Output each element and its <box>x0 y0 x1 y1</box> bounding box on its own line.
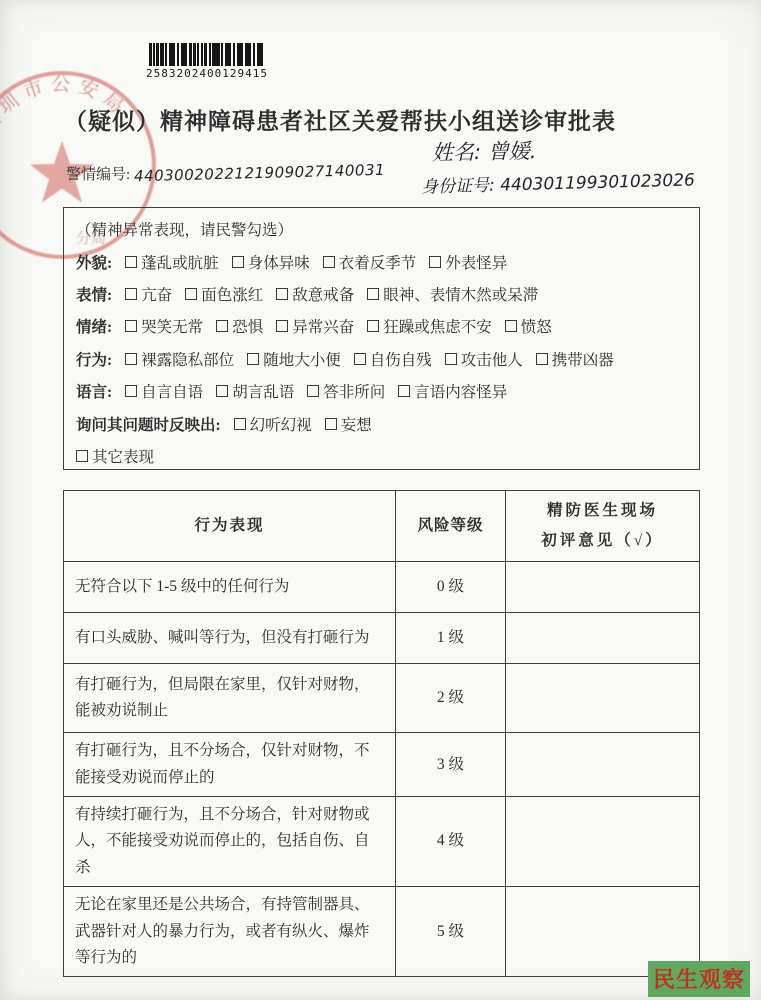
symptom-option-label: 幻听幻视 <box>250 413 312 435</box>
symptom-option: 蓬乱或肮脏 <box>125 251 219 273</box>
table-row: 无论在家里还是公共场合，有持管制器具、武器针对人的暴力行为，或者有纵火、爆炸等行… <box>64 886 699 976</box>
symptom-option: 胡言乱语 <box>216 380 294 402</box>
behavior-cell: 有打砸行为，但局限在家里，仅针对财物，能被劝说制止 <box>64 664 395 732</box>
barcode-number: 2583202400129415 <box>146 67 268 80</box>
symptom-row: 行为:裸露隐私部位随地大小便自伤自残攻击他人携带凶器 <box>76 343 687 375</box>
checkbox-icon <box>325 418 337 430</box>
assessment-cell <box>505 562 699 612</box>
symptom-rows: 外貌:蓬乱或肮脏身体异味衣着反季节外表怪异表情:亢奋面色涨红敌意戒备眼神、表情木… <box>76 245 687 472</box>
symptom-option-label: 答非所问 <box>323 380 385 402</box>
symptom-option-label: 狂躁或焦虑不安 <box>383 315 492 337</box>
symptom-option: 裸露隐私部位 <box>125 348 234 370</box>
symptom-option: 携带凶器 <box>536 348 614 370</box>
symptom-option-label: 妄想 <box>341 413 372 435</box>
checkbox-icon <box>216 320 228 332</box>
risk-table: 行为表现 风险等级 精防医生现场 初评意见（√） 无符合以下 1-5 级中的任何… <box>63 490 700 977</box>
checkbox-icon <box>125 385 137 397</box>
symptom-option-label: 哭笑无常 <box>141 315 203 337</box>
checkbox-icon <box>367 288 379 300</box>
checkbox-icon <box>307 385 319 397</box>
checkbox-icon <box>429 256 441 268</box>
symptom-option: 其它表现 <box>76 445 154 467</box>
symptom-box: （精神异常表现，请民警勾选） 外貌:蓬乱或肮脏身体异味衣着反季节外表怪异表情:亢… <box>63 207 700 470</box>
risk-level-cell: 4 级 <box>395 797 505 886</box>
symptom-note: （精神异常表现，请民警勾选） <box>76 213 687 245</box>
symptom-category-label: 表情: <box>76 283 112 305</box>
symptom-option-label: 愤怒 <box>521 315 552 337</box>
symptom-option-label: 自言自语 <box>141 380 203 402</box>
symptom-option-label: 随地大小便 <box>263 348 341 370</box>
checkbox-icon <box>125 256 137 268</box>
symptom-option-label: 携带凶器 <box>552 348 614 370</box>
behavior-cell: 无符合以下 1-5 级中的任何行为 <box>64 562 395 612</box>
symptom-option: 亢奋 <box>125 283 172 305</box>
behavior-cell: 无论在家里还是公共场合，有持管制器具、武器针对人的暴力行为，或者有纵火、爆炸等行… <box>64 887 395 976</box>
symptom-category-label: 语言: <box>76 380 112 402</box>
police-report-no-value: 4403002022121909027140031 <box>134 161 385 186</box>
checkbox-icon <box>232 256 244 268</box>
risk-level-cell: 3 级 <box>395 733 505 796</box>
symptom-option: 答非所问 <box>307 380 385 402</box>
symptom-option: 身体异味 <box>232 251 310 273</box>
assessment-cell <box>505 664 699 732</box>
behavior-cell: 有持续打砸行为，且不分场合，针对财物或人，不能接受劝说而停止的，包括自伤、自杀 <box>64 797 395 886</box>
symptom-option-label: 胡言乱语 <box>232 380 294 402</box>
checkbox-icon <box>536 353 548 365</box>
checkbox-icon <box>125 288 137 300</box>
symptom-option: 异常兴奋 <box>276 315 354 337</box>
table-row: 无符合以下 1-5 级中的任何行为0 级 <box>64 561 699 612</box>
symptom-option: 狂躁或焦虑不安 <box>367 315 492 337</box>
risk-level-cell: 1 级 <box>395 613 505 663</box>
checkbox-icon <box>276 288 288 300</box>
table-row: 有打砸行为，且不分场合，仅针对财物，不能接受劝说而停止的3 级 <box>64 732 699 796</box>
symptom-option: 外表怪异 <box>429 251 507 273</box>
symptom-option-label: 裸露隐私部位 <box>141 348 234 370</box>
assessment-header-line1: 精防医生现场 <box>547 496 658 526</box>
risk-level-header-cell: 风险等级 <box>395 491 505 561</box>
table-row: 有持续打砸行为，且不分场合，针对财物或人，不能接受劝说而停止的，包括自伤、自杀4… <box>64 796 699 886</box>
symptom-option: 幻听幻视 <box>234 413 312 435</box>
assessment-header-cell: 精防医生现场 初评意见（√） <box>505 491 699 561</box>
symptom-row: 语言:自言自语胡言乱语答非所问言语内容怪异 <box>76 375 687 407</box>
checkbox-icon <box>445 353 457 365</box>
symptom-option: 面色涨红 <box>185 283 263 305</box>
assessment-header-line2: 初评意见（√） <box>541 526 664 556</box>
assessment-cell <box>505 797 699 886</box>
checkbox-icon <box>185 288 197 300</box>
checkbox-icon <box>234 418 246 430</box>
checkbox-icon <box>354 353 366 365</box>
symptom-row: 询问其问题时反映出:幻听幻视妄想 <box>76 407 687 439</box>
table-row: 有打砸行为，但局限在家里，仅针对财物，能被劝说制止2 级 <box>64 663 699 732</box>
symptom-option-label: 亢奋 <box>141 283 172 305</box>
risk-level-cell: 5 级 <box>395 887 505 976</box>
symptom-category-label: 外貌: <box>76 251 112 273</box>
patient-name: 姓名: 曾媛. <box>432 135 537 167</box>
checkbox-icon <box>323 256 335 268</box>
id-number-label: 身份证号: <box>421 176 495 198</box>
symptom-option-label: 言语内容怪异 <box>414 380 507 402</box>
symptom-category-label: 询问其问题时反映出: <box>76 413 221 435</box>
risk-level-cell: 0 级 <box>395 562 505 612</box>
symptom-option-label: 外表怪异 <box>445 251 507 273</box>
symptom-option: 攻击他人 <box>445 348 523 370</box>
checkbox-icon <box>398 385 410 397</box>
symptom-row: 外貌:蓬乱或肮脏身体异味衣着反季节外表怪异 <box>76 245 687 277</box>
patient-name-value: 曾媛. <box>488 139 537 164</box>
symptom-option: 恐惧 <box>216 315 263 337</box>
checkbox-icon <box>76 450 88 462</box>
checkbox-icon <box>367 320 379 332</box>
form-title: （疑似）精神障碍患者社区关爱帮扶小组送诊审批表 <box>64 103 616 136</box>
scanned-form-page: 深圳市公安局 分局 2583202400129415 （疑似）精神障碍患者社区关… <box>0 0 761 1000</box>
checkbox-icon <box>276 320 288 332</box>
id-number-value: 440301199301023026 <box>500 170 695 195</box>
symptom-option-label: 身体异味 <box>248 251 310 273</box>
table-header-row: 行为表现 风险等级 精防医生现场 初评意见（√） <box>64 491 699 561</box>
symptom-option: 随地大小便 <box>247 348 341 370</box>
symptom-option-label: 蓬乱或肮脏 <box>141 251 219 273</box>
symptom-option: 哭笑无常 <box>125 315 203 337</box>
symptom-option-label: 攻击他人 <box>461 348 523 370</box>
checkbox-icon <box>247 353 259 365</box>
symptom-option-label: 其它表现 <box>92 445 154 467</box>
symptom-row: 表情:亢奋面色涨红敌意戒备眼神、表情木然或呆滞 <box>76 278 687 310</box>
symptom-row: 情绪:哭笑无常恐惧异常兴奋狂躁或焦虑不安愤怒 <box>76 310 687 342</box>
behavior-cell: 有口头威胁、喊叫等行为，但没有打砸行为 <box>64 613 395 663</box>
watermark-badge: 民生观察 <box>648 961 750 997</box>
checkbox-icon <box>125 353 137 365</box>
police-report-no: 警情编号: 4403002022121909027140031 <box>66 163 385 184</box>
symptom-row: 其它表现 <box>76 440 687 472</box>
checkbox-icon <box>505 320 517 332</box>
symptom-category-label: 情绪: <box>76 315 112 337</box>
patient-name-label: 姓名: <box>432 140 481 165</box>
symptom-option-label: 异常兴奋 <box>292 315 354 337</box>
behavior-cell: 有打砸行为，且不分场合，仅针对财物，不能接受劝说而停止的 <box>64 733 395 796</box>
symptom-option-label: 恐惧 <box>232 315 263 337</box>
barcode-bars-icon <box>149 43 265 66</box>
barcode: 2583202400129415 <box>146 43 268 80</box>
risk-level-header-label: 风险等级 <box>417 513 483 539</box>
symptom-option-label: 衣着反季节 <box>339 251 417 273</box>
symptom-option-label: 敌意戒备 <box>292 283 354 305</box>
symptom-option: 衣着反季节 <box>323 251 417 273</box>
symptom-option: 眼神、表情木然或呆滞 <box>367 283 538 305</box>
behavior-header-label: 行为表现 <box>194 513 264 539</box>
checkbox-icon <box>216 385 228 397</box>
symptom-option-label: 自伤自残 <box>370 348 432 370</box>
symptom-option: 敌意戒备 <box>276 283 354 305</box>
risk-level-cell: 2 级 <box>395 664 505 732</box>
behavior-header-cell: 行为表现 <box>64 491 395 561</box>
symptom-option-label: 面色涨红 <box>201 283 263 305</box>
symptom-category-label: 行为: <box>76 348 112 370</box>
symptom-option: 愤怒 <box>505 315 552 337</box>
checkbox-icon <box>125 320 137 332</box>
police-report-no-label: 警情编号: <box>66 167 130 183</box>
id-number: 身份证号: 440301199301023026 <box>421 165 695 197</box>
symptom-option: 自言自语 <box>125 380 203 402</box>
assessment-cell <box>505 613 699 663</box>
symptom-option: 妄想 <box>325 413 372 435</box>
table-row: 有口头威胁、喊叫等行为，但没有打砸行为1 级 <box>64 612 699 663</box>
symptom-option: 言语内容怪异 <box>398 380 507 402</box>
symptom-option: 自伤自残 <box>354 348 432 370</box>
assessment-cell <box>505 733 699 796</box>
symptom-option-label: 眼神、表情木然或呆滞 <box>383 283 538 305</box>
